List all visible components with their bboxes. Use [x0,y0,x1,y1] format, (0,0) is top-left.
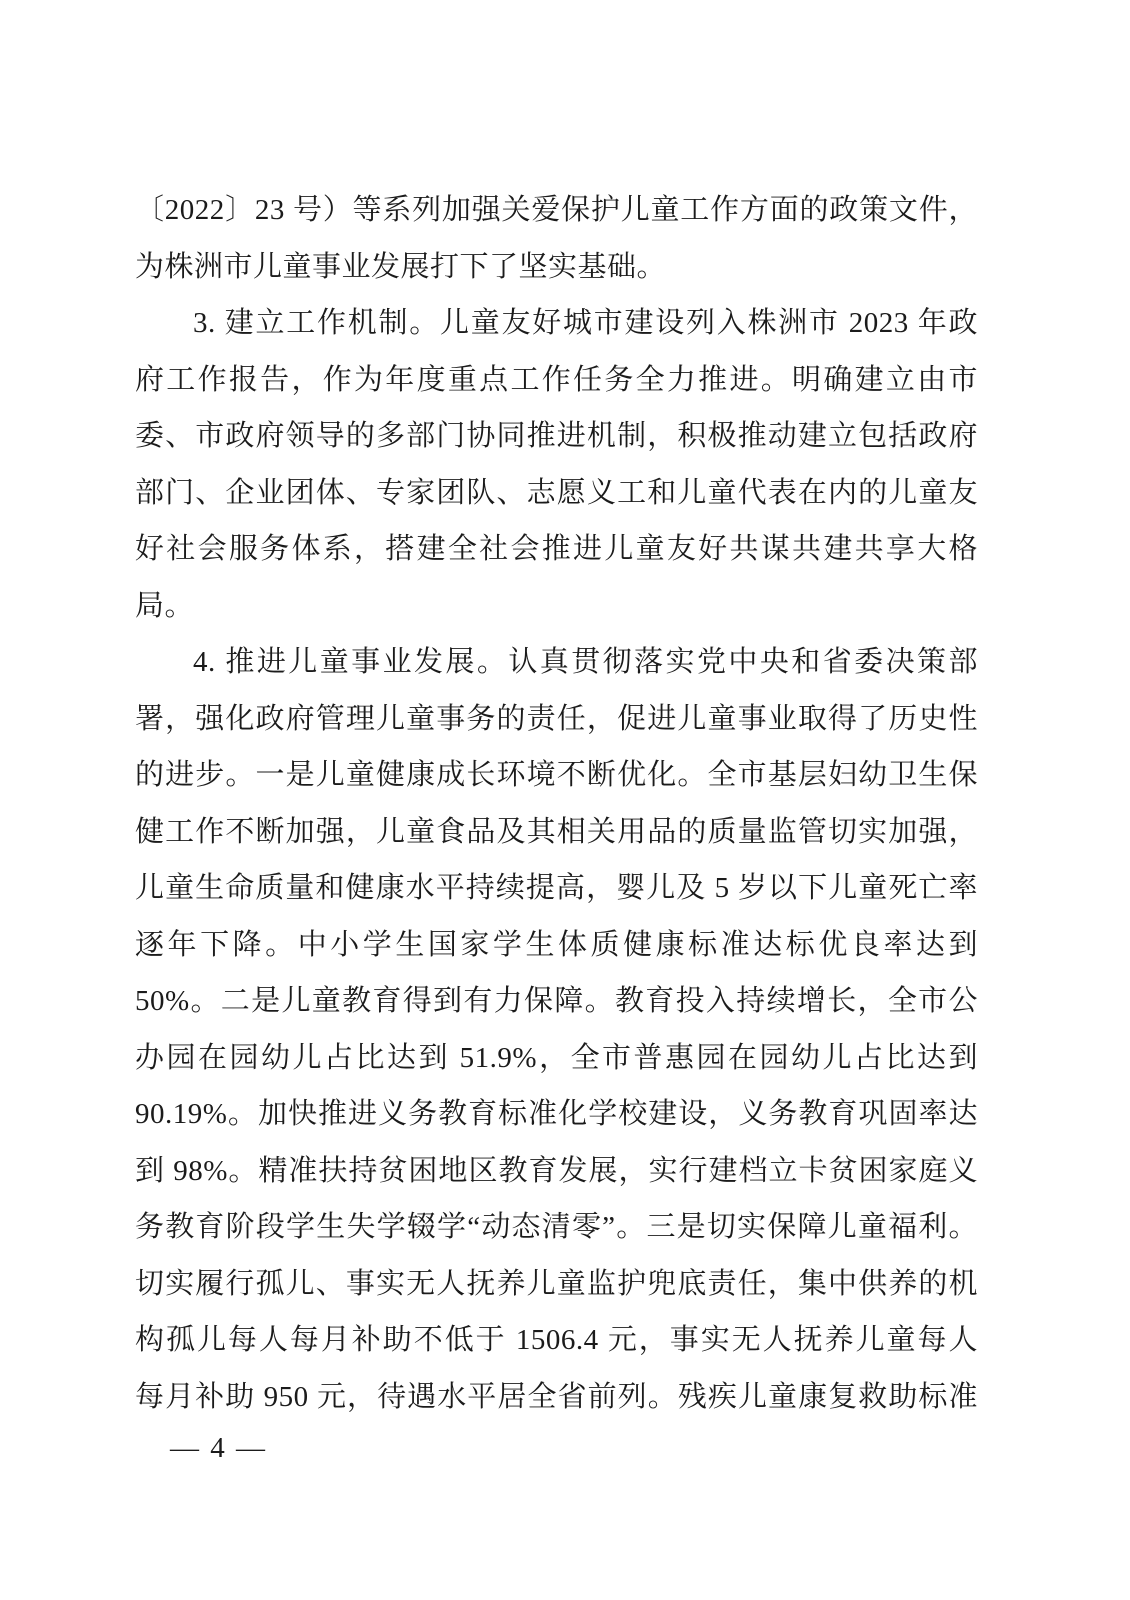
text-line: 局。 [135,578,978,635]
text-line: 4. 推进儿童事业发展。认真贯彻落实党中央和省委决策部 [135,634,978,691]
text-line: 〔2022〕23 号）等系列加强关爱保护儿童工作方面的政策文件， [135,182,978,239]
text-line: 委、市政府领导的多部门协同推进机制，积极推动建立包括政府 [135,408,978,465]
text-line: 办园在园幼儿占比达到 51.9%，全市普惠园在园幼儿占比达到 [135,1030,978,1087]
text-line: 好社会服务体系，搭建全社会推进儿童友好共谋共建共享大格 [135,521,978,578]
page-number: — 4 — [170,1428,267,1468]
scanned-document-page: 〔2022〕23 号）等系列加强关爱保护儿童工作方面的政策文件，为株洲市儿童事业… [0,0,1130,1600]
text-line: 每月补助 950 元，待遇水平居全省前列。残疾儿童康复救助标准 [135,1369,978,1426]
text-line: 务教育阶段学生失学辍学“动态清零”。三是切实保障儿童福利。 [135,1199,978,1256]
text-line: 署，强化政府管理儿童事务的责任，促进儿童事业取得了历史性 [135,691,978,748]
text-line: 90.19%。加快推进义务教育标准化学校建设，义务教育巩固率达 [135,1086,978,1143]
text-line: 50%。二是儿童教育得到有力保障。教育投入持续增长，全市公 [135,973,978,1030]
text-line: 为株洲市儿童事业发展打下了坚实基础。 [135,239,978,296]
text-line: 3. 建立工作机制。儿童友好城市建设列入株洲市 2023 年政 [135,295,978,352]
text-line: 切实履行孤儿、事实无人抚养儿童监护兜底责任，集中供养的机 [135,1256,978,1313]
text-line: 构孤儿每人每月补助不低于 1506.4 元，事实无人抚养儿童每人 [135,1312,978,1369]
text-line: 到 98%。精准扶持贫困地区教育发展，实行建档立卡贫困家庭义 [135,1143,978,1200]
text-line: 儿童生命质量和健康水平持续提高，婴儿及 5 岁以下儿童死亡率 [135,860,978,917]
text-line: 健工作不断加强，儿童食品及其相关用品的质量监管切实加强， [135,804,978,861]
text-line: 逐年下降。中小学生国家学生体质健康标准达标优良率达到 [135,917,978,974]
text-block: 〔2022〕23 号）等系列加强关爱保护儿童工作方面的政策文件，为株洲市儿童事业… [135,182,978,1425]
text-line: 部门、企业团体、专家团队、志愿义工和儿童代表在内的儿童友 [135,465,978,522]
text-line: 府工作报告，作为年度重点工作任务全力推进。明确建立由市 [135,352,978,409]
text-line: 的进步。一是儿童健康成长环境不断优化。全市基层妇幼卫生保 [135,747,978,804]
